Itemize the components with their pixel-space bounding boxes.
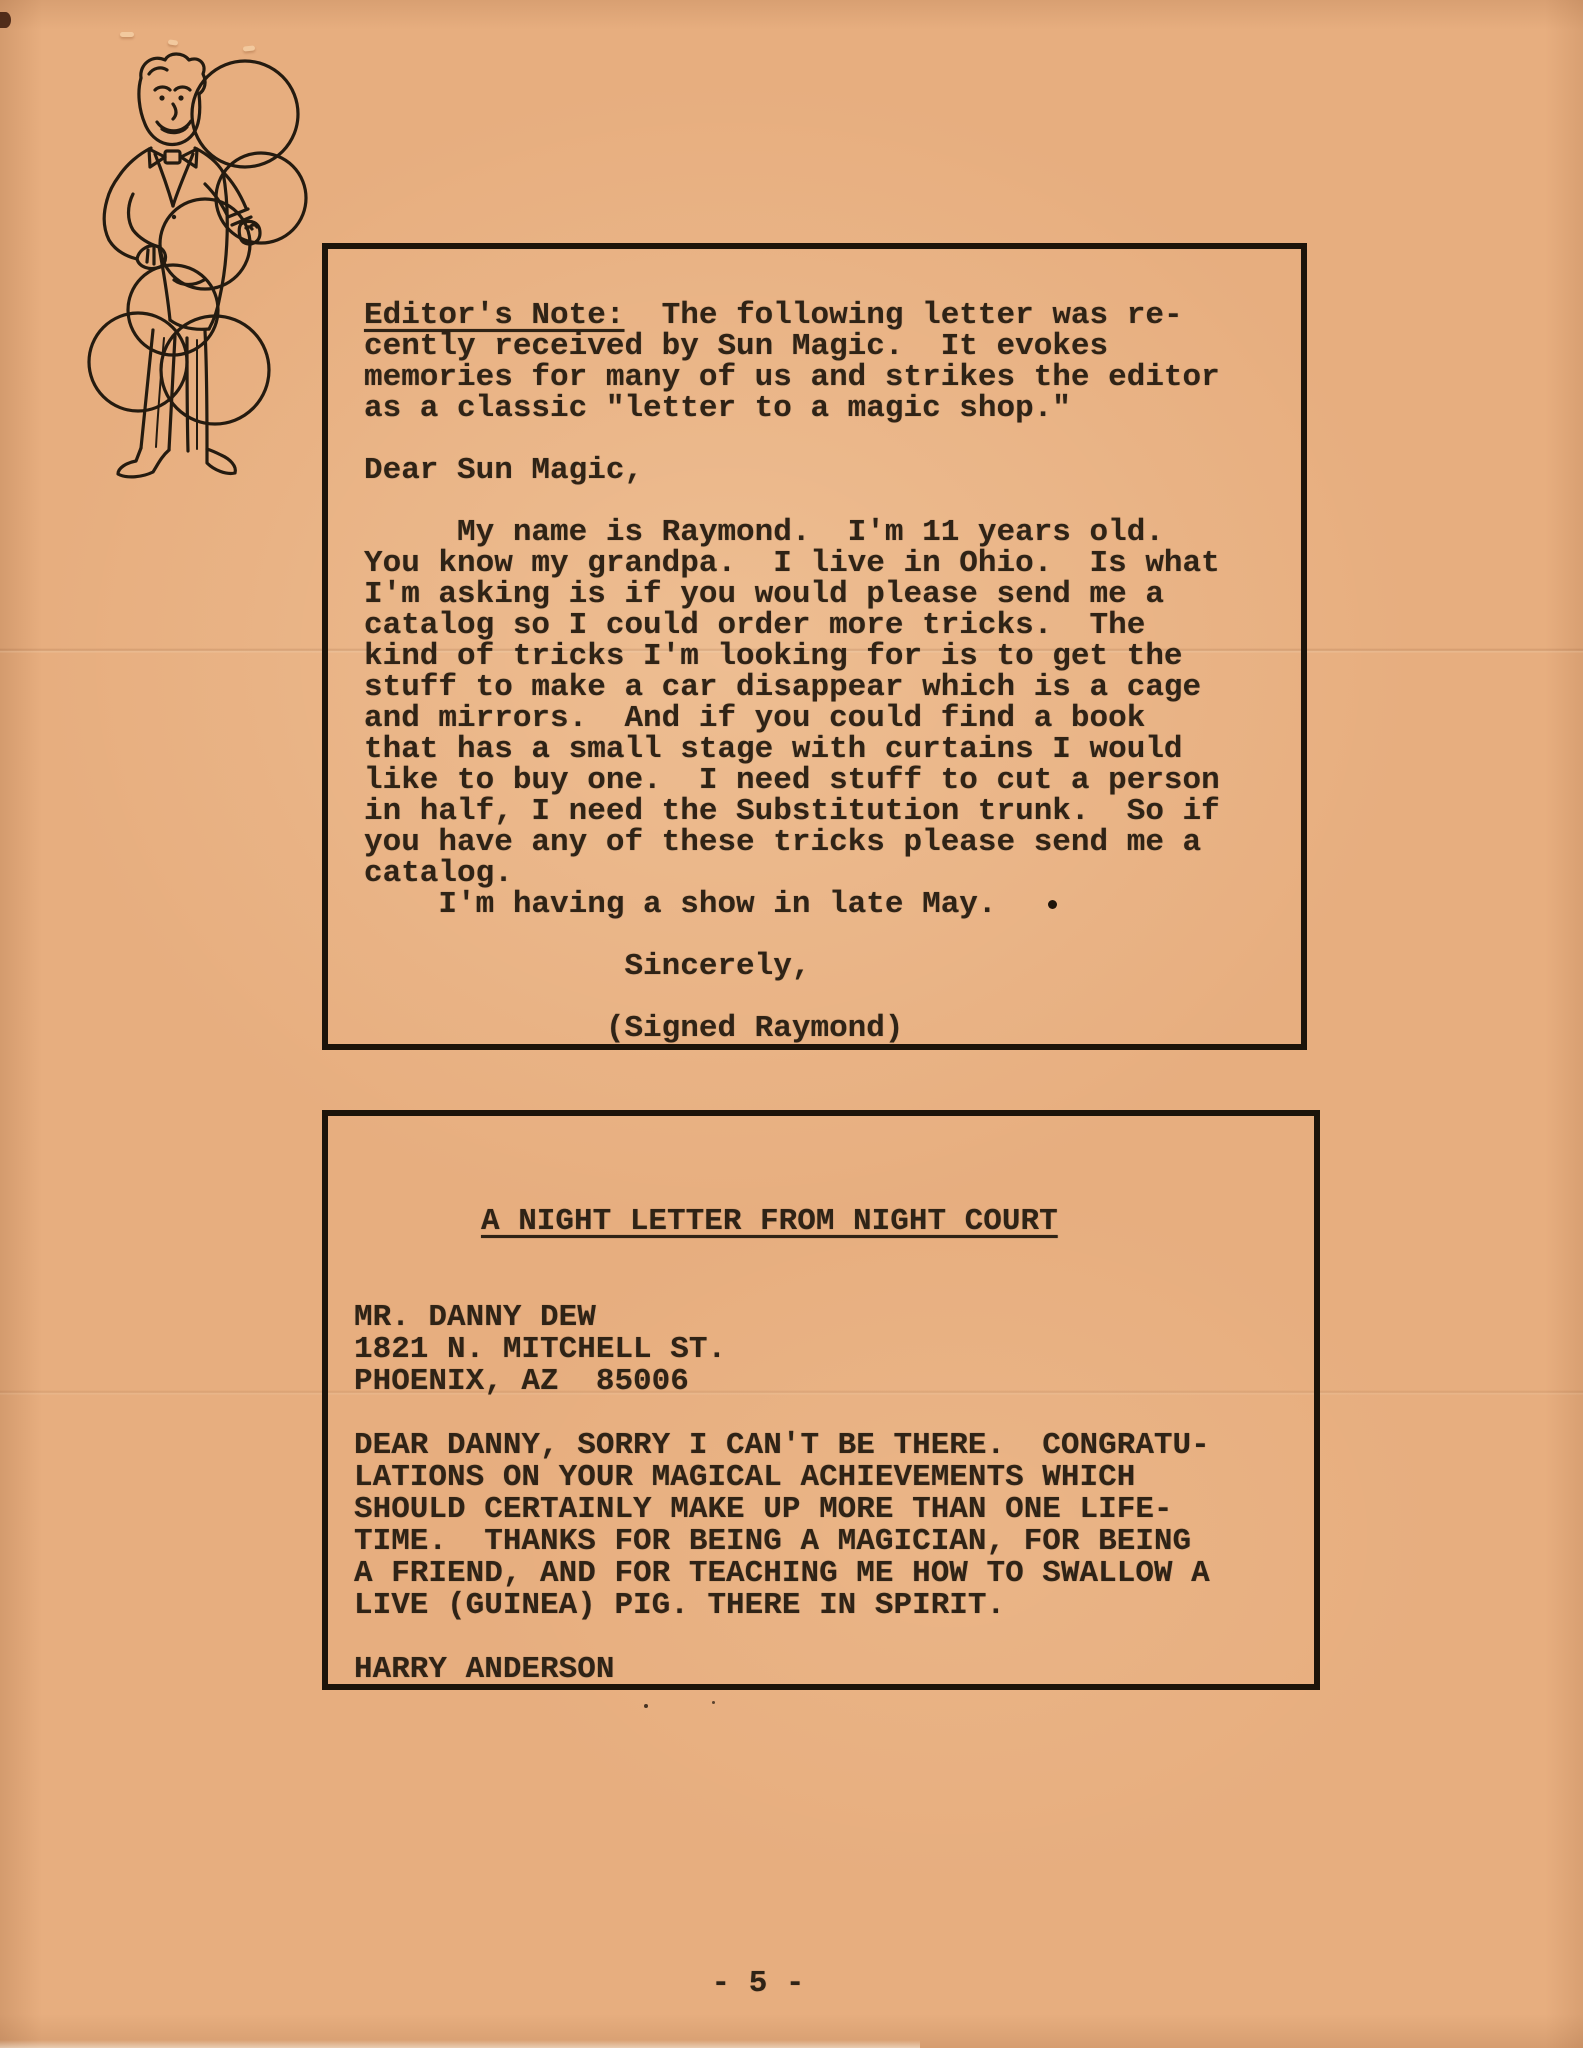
letter-line: and mirrors. And if you could find a boo… [364, 703, 1301, 734]
letter-line: MR. DANNY DEW [354, 1302, 1314, 1334]
letter-line: memories for many of us and strikes the … [364, 362, 1301, 393]
letter-line: 1821 N. MITCHELL ST. [354, 1334, 1314, 1366]
night-court-title-line: A NIGHT LETTER FROM NIGHT COURT [354, 1206, 1314, 1238]
letter-line: LATIONS ON YOUR MAGICAL ACHIEVEMENTS WHI… [354, 1462, 1314, 1494]
raymond-letter-body: cently received by Sun Magic. It evokesm… [364, 331, 1301, 1044]
ink-speck [712, 1701, 715, 1704]
scanned-newsletter-page: Editor's Note: The following letter was … [0, 0, 1583, 2048]
night-court-letter-box: A NIGHT LETTER FROM NIGHT COURT MR. DANN… [322, 1110, 1320, 1690]
editors-note-letter-box: Editor's Note: The following letter was … [322, 243, 1307, 1050]
letter-line: in half, I need the Substitution trunk. … [364, 796, 1301, 827]
paper-dent [120, 32, 134, 37]
letter-line: Sincerely, [364, 951, 1301, 982]
magician-linking-rings-illustration [55, 48, 320, 493]
page-number: - 5 - [608, 1968, 908, 2000]
letter-line: I'm having a show in late May. [364, 889, 1301, 920]
corner-ink-mark [0, 12, 11, 28]
letter-line: that has a small stage with curtains I w… [364, 734, 1301, 765]
letter-line: My name is Raymond. I'm 11 years old. [364, 517, 1301, 548]
letter-line [354, 1238, 1314, 1270]
letter-line: LIVE (GUINEA) PIG. THERE IN SPIRIT. [354, 1590, 1314, 1622]
editors-note-first-line: Editor's Note: The following letter was … [364, 300, 1301, 331]
letter-line: (Signed Raymond) [364, 1013, 1301, 1044]
letter-line [354, 1270, 1314, 1302]
ink-speck [644, 1704, 648, 1708]
letter-line: like to buy one. I need stuff to cut a p… [364, 765, 1301, 796]
letter-line [364, 486, 1301, 517]
letter-line: you have any of these tricks please send… [364, 827, 1301, 858]
letter-line: cently received by Sun Magic. It evokes [364, 331, 1301, 362]
night-court-title: A NIGHT LETTER FROM NIGHT COURT [481, 1204, 1058, 1239]
paper-dent [168, 39, 179, 45]
letter-line [354, 1398, 1314, 1430]
editors-note-rest: The following letter was re- [624, 298, 1182, 333]
letter-line: as a classic "letter to a magic shop." [364, 393, 1301, 424]
letter-line: A FRIEND, AND FOR TEACHING ME HOW TO SWA… [354, 1558, 1314, 1590]
letter-line: HARRY ANDERSON [354, 1654, 1314, 1686]
letter-line: Dear Sun Magic, [364, 455, 1301, 486]
letter-line [354, 1622, 1314, 1654]
letter-line: PHOENIX, AZ 85006 [354, 1366, 1314, 1398]
letter-line: catalog. [364, 858, 1301, 889]
letter-line [364, 982, 1301, 1013]
night-court-letter-body: MR. DANNY DEW1821 N. MITCHELL ST.PHOENIX… [354, 1238, 1314, 1686]
editors-note-label: Editor's Note: [364, 298, 624, 333]
letter-line: kind of tricks I'm looking for is to get… [364, 641, 1301, 672]
letter-line [364, 920, 1301, 951]
letter-line [364, 424, 1301, 455]
letter-line: TIME. THANKS FOR BEING A MAGICIAN, FOR B… [354, 1526, 1314, 1558]
letter-line: DEAR DANNY, SORRY I CAN'T BE THERE. CONG… [354, 1430, 1314, 1462]
letter-line: You know my grandpa. I live in Ohio. Is … [364, 548, 1301, 579]
scan-edge-highlight [0, 2040, 920, 2048]
letter-line: SHOULD CERTAINLY MAKE UP MORE THAN ONE L… [354, 1494, 1314, 1526]
letter-line: catalog so I could order more tricks. Th… [364, 610, 1301, 641]
letter-line: stuff to make a car disappear which is a… [364, 672, 1301, 703]
letter-line: I'm asking is if you would please send m… [364, 579, 1301, 610]
